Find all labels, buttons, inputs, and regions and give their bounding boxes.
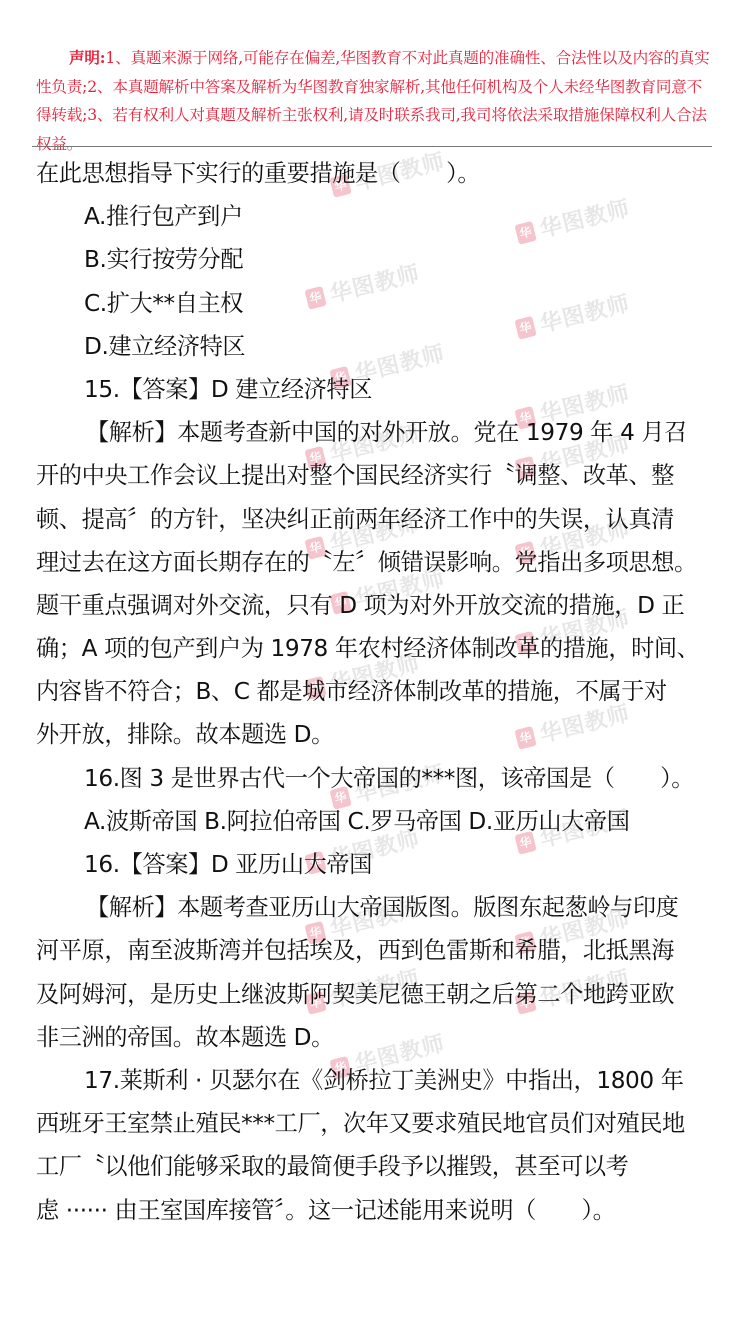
document-page: 声明:1、真题来源于网络,可能存在偏差,华图教育不对此真题的准确性、合法性以及内… — [0, 0, 748, 1335]
disclaimer: 声明:1、真题来源于网络,可能存在偏差,华图教育不对此真题的准确性、合法性以及内… — [36, 44, 712, 158]
text-line-q15-stem: 在此思想指导下实行的重要措施是（ ）。 — [36, 152, 716, 195]
option-d: D.建立经济特区 — [36, 325, 716, 368]
answer-15: 15.【答案】D 建立经济特区 — [36, 368, 716, 411]
option-c: C.扩大**自主权 — [36, 282, 716, 325]
analysis-15-line: 【解析】本题考查新中国的对外开放。党在 1979 年 4 月召 — [36, 411, 716, 454]
option-b: B.实行按劳分配 — [36, 238, 716, 281]
disclaimer-lead: 声明: — [69, 48, 105, 67]
analysis-15-line: 内容皆不符合；B、C 都是城市经济体制改革的措施，不属于对 — [36, 670, 716, 713]
question-content: 在此思想指导下实行的重要措施是（ ）。 A.推行包产到户 B.实行按劳分配 C.… — [36, 152, 716, 1232]
question-17-line: 虑 ······ 由王室国库接管〞。这一记述能用来说明（ ）。 — [36, 1189, 716, 1232]
analysis-16-line: 【解析】本题考查亚历山大帝国版图。版图东起葱岭与印度 — [36, 886, 716, 929]
analysis-16-line: 河平原，南至波斯湾并包括埃及，西到色雷斯和希腊，北抵黑海 — [36, 929, 716, 972]
question-17-line: 17.莱斯利 · 贝瑟尔在《剑桥拉丁美洲史》中指出，1800 年 — [36, 1059, 716, 1102]
analysis-15-line: 确；A 项的包产到户为 1978 年农村经济体制改革的措施，时间、 — [36, 627, 716, 670]
option-a: A.推行包产到户 — [36, 195, 716, 238]
question-17-line: 工厂〝以他们能够采取的最简便手段予以摧毁，甚至可以考 — [36, 1145, 716, 1188]
analysis-15-line: 顿、提高〞的方针，坚决纠正前两年经济工作中的失误，认真清 — [36, 498, 716, 541]
question-17-line: 西班牙王室禁止殖民***工厂，次年又要求殖民地官员们对殖民地 — [36, 1102, 716, 1145]
analysis-16-line: 及阿姆河，是历史上继波斯阿契美尼德王朝之后第二个地跨亚欧 — [36, 973, 716, 1016]
question-16-stem: 16.图 3 是世界古代一个大帝国的***图，该帝国是（ ）。 — [36, 757, 716, 800]
analysis-15-line: 开的中央工作会议上提出对整个国民经济实行〝调整、改革、整 — [36, 454, 716, 497]
analysis-15-line: 理过去在这方面长期存在的〝左〞倾错误影响。党指出多项思想。 — [36, 541, 716, 584]
answer-16: 16.【答案】D 亚历山大帝国 — [36, 843, 716, 886]
analysis-15-line: 题干重点强调对外交流，只有 D 项为对外开放交流的措施，D 正 — [36, 584, 716, 627]
analysis-16-line: 非三洲的帝国。故本题选 D。 — [36, 1016, 716, 1059]
header-divider — [32, 146, 712, 147]
analysis-15-line: 外开放，排除。故本题选 D。 — [36, 713, 716, 756]
question-16-options: A.波斯帝国 B.阿拉伯帝国 C.罗马帝国 D.亚历山大帝国 — [36, 800, 716, 843]
disclaimer-text: 1、真题来源于网络,可能存在偏差,华图教育不对此真题的准确性、合法性以及内容的真… — [36, 49, 710, 153]
